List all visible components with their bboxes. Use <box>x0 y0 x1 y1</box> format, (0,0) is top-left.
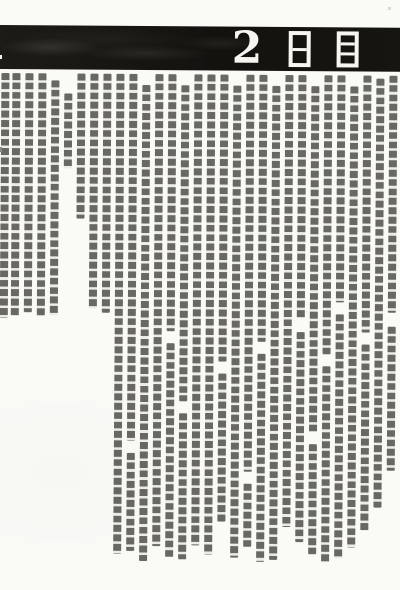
redacted-text-column <box>373 79 384 508</box>
redacted-text-column <box>64 93 73 168</box>
redacted-text-column <box>24 73 34 312</box>
redacted-text-column <box>230 86 241 558</box>
redacted-text-column <box>336 75 346 302</box>
redacted-text-column <box>76 74 85 219</box>
redacted-text-column <box>89 74 99 309</box>
redacted-text-column <box>387 327 396 471</box>
redacted-text-column <box>152 74 163 546</box>
top-right-speck <box>388 7 391 10</box>
redacted-text-column <box>127 74 138 441</box>
redacted-text-column <box>244 75 255 472</box>
redacted-text-column <box>388 76 398 313</box>
redacted-text-column <box>282 75 293 527</box>
redacted-text-column <box>347 86 358 547</box>
redacted-text-column <box>167 74 177 331</box>
redacted-body-text <box>0 0 400 590</box>
redacted-text-column <box>308 444 317 554</box>
redacted-text-column <box>218 75 228 362</box>
scanned-page: 2 Body text redacted: the scanned page c… <box>0 0 400 590</box>
redacted-text-column <box>362 76 372 333</box>
redacted-text-column <box>204 74 215 554</box>
redacted-text-column <box>258 75 268 342</box>
redacted-text-column <box>217 374 226 522</box>
redacted-text-column <box>256 354 265 562</box>
redacted-text-column <box>50 80 60 315</box>
redacted-text-column <box>334 314 344 558</box>
scan-tilt-wrapper: 2 <box>0 0 400 590</box>
redacted-text-column <box>37 73 47 315</box>
redacted-text-column <box>321 366 330 562</box>
redacted-text-column <box>297 75 307 318</box>
redacted-text-column <box>126 453 135 551</box>
redacted-text-column <box>309 86 319 432</box>
redacted-text-column <box>360 345 369 531</box>
redacted-text-column <box>165 343 174 557</box>
redacted-text-column <box>243 484 251 547</box>
redacted-text-column <box>179 85 189 401</box>
redacted-text-column <box>11 73 21 316</box>
redacted-text-column <box>269 86 280 560</box>
left-edge-dash <box>0 147 2 152</box>
redacted-text-column <box>191 74 202 545</box>
redacted-text-column <box>0 73 9 318</box>
redacted-text-column <box>178 413 187 559</box>
redacted-text-column <box>139 85 150 561</box>
redacted-text-column <box>295 332 304 542</box>
redacted-text-column <box>113 74 124 554</box>
redacted-text-column <box>323 75 333 354</box>
banner-notch <box>0 55 2 59</box>
redacted-text-column <box>102 74 112 313</box>
